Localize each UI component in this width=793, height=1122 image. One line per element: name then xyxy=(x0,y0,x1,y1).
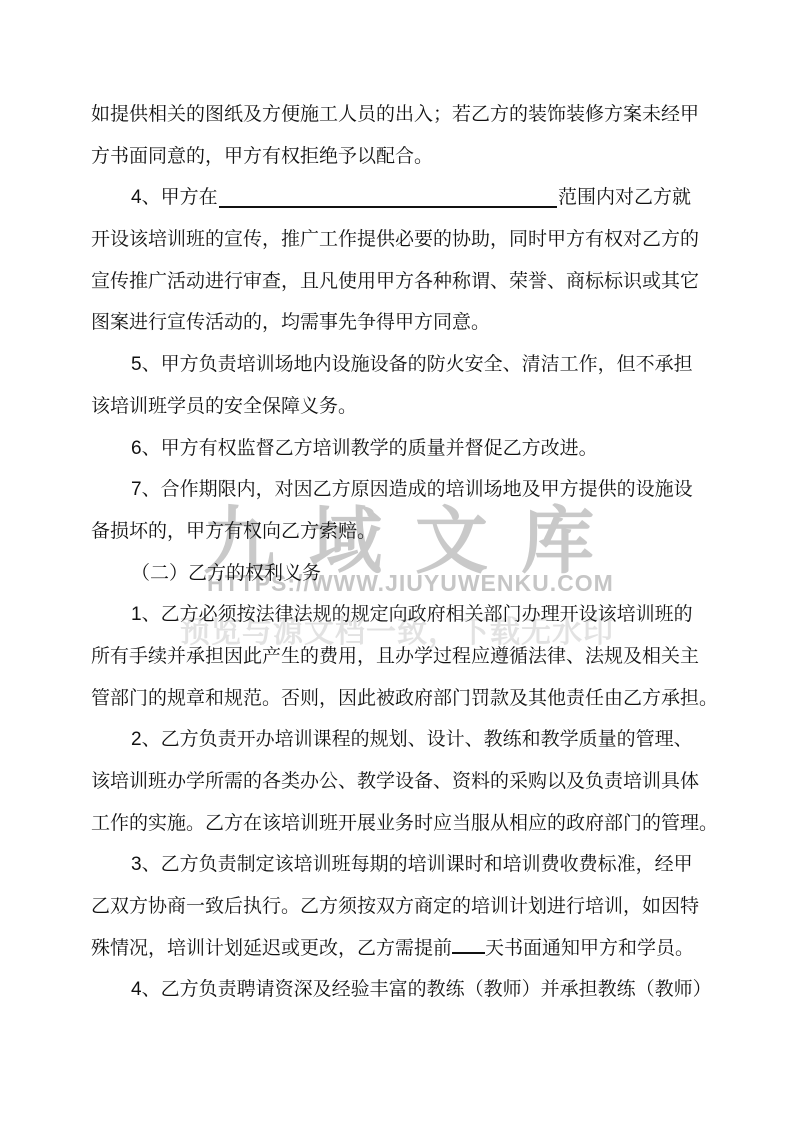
form-line: 殊情况，培训计划延迟或更改，乙方需提前天书面通知甲方和学员。 xyxy=(91,928,691,970)
page: { "page": { "background": "#ffffff", "te… xyxy=(0,0,793,1122)
text-segment: 天书面通知甲方和学员。 xyxy=(485,938,694,959)
text-line: 工作的实施。乙方在该培训班开展业务时应当服从相应的政府部门的管理。 xyxy=(91,803,691,845)
text-line: 所有手续并承担因此产生的费用，且办学过程应遵循法律、法规及相关主 xyxy=(91,636,691,678)
section-heading: （二）乙方的权利义务 xyxy=(91,553,691,595)
text-line: 方书面同意的，甲方有权拒绝予以配合。 xyxy=(91,136,691,178)
text-line: 4、乙方负责聘请资深及经验丰富的教练（教师）并承担教练（教师） xyxy=(91,969,691,1011)
text-line: 2、乙方负责开办培训课程的规划、设计、教练和教学质量的管理、 xyxy=(91,719,691,761)
form-line: 4、甲方在 范围内对乙方就 xyxy=(91,177,691,219)
text-line: 图案进行宣传活动的，均需事先争得甲方同意。 xyxy=(91,302,691,344)
text-line: 7、合作期限内，对因乙方原因造成的培训场地及甲方提供的设施设 xyxy=(91,469,691,511)
blank-field xyxy=(219,177,557,208)
text-line: 开设该培训班的宣传，推广工作提供必要的协助，同时甲方有权对乙方的 xyxy=(91,219,691,261)
blank-field xyxy=(452,933,485,954)
text-line: 该培训班办学所需的各类办公、教学设备、资料的采购以及负责培训具体 xyxy=(91,761,691,803)
text-line: 备损坏的，甲方有权向乙方索赔。 xyxy=(91,511,691,553)
text-line: 该培训班学员的安全保障义务。 xyxy=(91,386,691,428)
text-line: 管部门的规章和规范。否则，因此被政府部门罚款及其他责任由乙方承担。 xyxy=(91,678,691,720)
text-line: 3、乙方负责制定该培训班每期的培训课时和培训费收费标准，经甲 xyxy=(91,844,691,886)
text-line: 宣传推广活动进行审查，且凡使用甲方各种称谓、荣誉、商标标识或其它 xyxy=(91,261,691,303)
text-line: 乙双方协商一致后执行。乙方须按双方商定的培训计划进行培训，如因特 xyxy=(91,886,691,928)
text-line: 如提供相关的图纸及方便施工人员的出入；若乙方的装饰装修方案未经甲 xyxy=(91,94,691,136)
text-line: 6、甲方有权监督乙方培训教学的质量并督促乙方改进。 xyxy=(91,428,691,470)
text-line: 1、乙方必须按法律法规的规定向政府相关部门办理开设该培训班的 xyxy=(91,594,691,636)
text-segment: 范围内对乙方就 xyxy=(558,177,691,219)
text-segment: 殊情况，培训计划延迟或更改，乙方需提前 xyxy=(91,938,452,959)
text-segment: 4、甲方在 xyxy=(131,177,218,219)
text-line: 5、甲方负责培训场地内设施设备的防火安全、清洁工作，但不承担 xyxy=(91,344,691,386)
document-body: 如提供相关的图纸及方便施工人员的出入；若乙方的装饰装修方案未经甲 方书面同意的，… xyxy=(91,94,691,1011)
